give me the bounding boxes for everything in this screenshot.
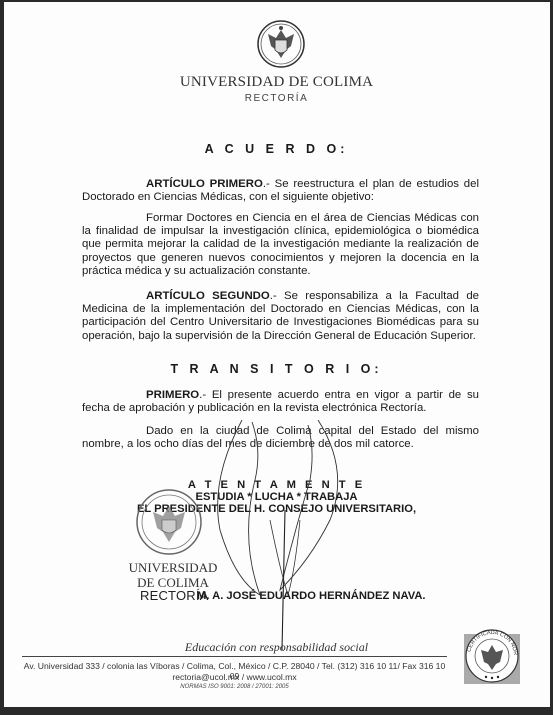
closing: A T E N T A M E N T E [0, 479, 553, 491]
heading-agreement: A C U E R D O: [0, 142, 553, 156]
university-name: UNIVERSIDAD DE COLIMA [0, 74, 553, 91]
article-two-label: ARTÍCULO SEGUNDO [146, 290, 270, 302]
transitory-one: PRIMERO.- El presente acuerdo entra en v… [82, 389, 479, 415]
heading-transitory: T R A N S I T O R I O: [0, 362, 553, 376]
footer-iso: NORMAS ISO 9001: 2008 / 27001: 2005 [22, 684, 447, 690]
signer-name: M. A. JOSÉ EDUARDO HERNÁNDEZ NAVA. [197, 590, 426, 602]
given-text: Dado en la ciudad de Colima capital del … [82, 425, 479, 450]
footer-divider [22, 656, 447, 657]
article-one: ARTÍCULO PRIMERO.- Se reestructura el pl… [82, 178, 479, 204]
iso-certification-seal-icon: CERTIFICADA CON NORMAS ISO [462, 626, 522, 686]
article-one-label: ARTÍCULO PRIMERO [146, 178, 263, 190]
university-coat-of-arms-icon [256, 16, 306, 72]
objective: Formar Doctores en Ciencia en el área de… [82, 212, 479, 278]
transitory-one-label: PRIMERO [146, 389, 199, 401]
footer-contact: rectoria@ucol.mx / www.ucol.mx [22, 672, 447, 682]
rectoria-seal-icon [135, 488, 203, 556]
office-name: RECTORÍA [0, 93, 553, 104]
stamp-university-line1: UNIVERSIDAD [128, 560, 218, 575]
objective-text: Formar Doctores en Ciencia en el área de… [82, 212, 479, 277]
university-motto: ESTUDIA * LUCHA * TRABAJA [0, 491, 553, 503]
article-two: ARTÍCULO SEGUNDO.- Se responsabiliza a l… [82, 290, 479, 343]
article-two-text: .- Se responsabiliza a la Facultad de Me… [82, 290, 479, 342]
given-clause: Dado en la ciudad de Colima capital del … [82, 425, 479, 451]
transitory-one-text: .- El presente acuerdo entra en vigor a … [82, 389, 479, 414]
stamp-university: UNIVERSIDAD DE COLIMA [128, 560, 218, 590]
article-one-text: .- Se reestructura el plan de estudios d… [82, 178, 479, 203]
signer-title: EL PRESIDENTE DEL H. CONSEJO UNIVERSITAR… [0, 503, 553, 515]
